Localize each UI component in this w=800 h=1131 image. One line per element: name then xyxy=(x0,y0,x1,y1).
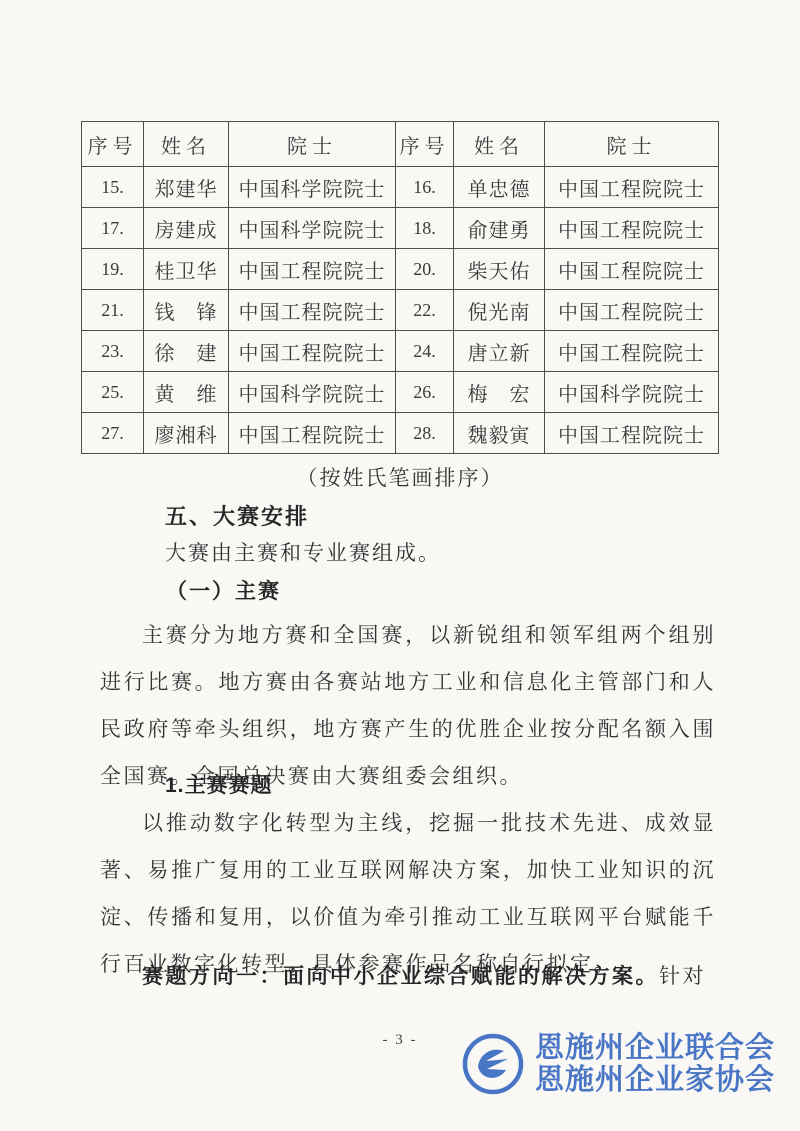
direction-one-continued: 针对 xyxy=(659,964,706,988)
section-heading-arrangement: 五、大赛安排 xyxy=(165,500,309,531)
table-cell: 中国科学院院士 xyxy=(229,208,396,249)
table-cell: 中国科学院院士 xyxy=(229,167,396,208)
table-cell: 中国工程院院士 xyxy=(229,249,396,290)
table-cell: 23. xyxy=(82,331,144,372)
column-header-serial-left: 序号 xyxy=(82,122,144,167)
watermark-line-2: 恩施州企业家协会 xyxy=(535,1064,775,1096)
table-cell: 中国工程院院士 xyxy=(545,413,719,454)
sort-note: （按姓氏笔画排序） xyxy=(0,462,800,492)
column-header-name-right: 姓名 xyxy=(454,122,545,167)
table-cell: 中国科学院院士 xyxy=(229,372,396,413)
table-cell: 中国工程院院士 xyxy=(229,290,396,331)
table-row: 27.廖湘科中国工程院院士28.魏毅寅中国工程院院士 xyxy=(82,413,719,454)
table-body: 15.郑建华中国科学院院士16.单忠德中国工程院院士17.房建成中国科学院院士1… xyxy=(82,167,719,454)
table-cell: 柴天佑 xyxy=(454,249,545,290)
table-row: 21.钱 锋中国工程院院士22.倪光南中国工程院院士 xyxy=(82,290,719,331)
table-cell: 中国工程院院士 xyxy=(229,331,396,372)
table-cell: 22. xyxy=(396,290,454,331)
direction-one-title: 赛题方向一：面向中小企业综合赋能的解决方案。 xyxy=(142,964,659,988)
table-cell: 魏毅寅 xyxy=(454,413,545,454)
table-cell: 中国工程院院士 xyxy=(545,249,719,290)
table-cell: 廖湘科 xyxy=(144,413,229,454)
table-row: 15.郑建华中国科学院院士16.单忠德中国工程院院士 xyxy=(82,167,719,208)
table-cell: 梅 宏 xyxy=(454,372,545,413)
table-cell: 20. xyxy=(396,249,454,290)
table-cell: 中国工程院院士 xyxy=(229,413,396,454)
table-row: 19.桂卫华中国工程院院士20.柴天佑中国工程院院士 xyxy=(82,249,719,290)
table-cell: 中国工程院院士 xyxy=(545,331,719,372)
watermark-line-1: 恩施州企业联合会 xyxy=(535,1032,775,1064)
academician-table: 序号 姓名 院士 序号 姓名 院士 15.郑建华中国科学院院士16.单忠德中国工… xyxy=(81,121,719,454)
table-cell: 16. xyxy=(396,167,454,208)
table-cell: 桂卫华 xyxy=(144,249,229,290)
table-header-row: 序号 姓名 院士 序号 姓名 院士 xyxy=(82,122,719,167)
table-cell: 中国工程院院士 xyxy=(545,167,719,208)
table-cell: 21. xyxy=(82,290,144,331)
table-cell: 郑建华 xyxy=(144,167,229,208)
table-cell: 19. xyxy=(82,249,144,290)
table-cell: 26. xyxy=(396,372,454,413)
table-cell: 18. xyxy=(396,208,454,249)
table-cell: 房建成 xyxy=(144,208,229,249)
paragraph-composition: 大赛由主赛和专业赛组成。 xyxy=(165,537,441,567)
table-cell: 中国工程院院士 xyxy=(545,208,719,249)
table-row: 25.黄 维中国科学院院士26.梅 宏中国科学院院士 xyxy=(82,372,719,413)
table-cell: 单忠德 xyxy=(454,167,545,208)
table-cell: 25. xyxy=(82,372,144,413)
table-cell: 唐立新 xyxy=(454,331,545,372)
table-cell: 28. xyxy=(396,413,454,454)
table-cell: 黄 维 xyxy=(144,372,229,413)
table-cell: 15. xyxy=(82,167,144,208)
section-heading-contest-topic: 1.主赛赛题 xyxy=(165,769,273,799)
table-cell: 徐 建 xyxy=(144,331,229,372)
document-page: 序号 姓名 院士 序号 姓名 院士 15.郑建华中国科学院院士16.单忠德中国工… xyxy=(0,0,800,1131)
table-row: 23.徐 建中国工程院院士24.唐立新中国工程院院士 xyxy=(82,331,719,372)
paragraph-direction-one: 赛题方向一：面向中小企业综合赋能的解决方案。针对 xyxy=(100,953,716,1000)
table-row: 17.房建成中国科学院院士18.俞建勇中国工程院院士 xyxy=(82,208,719,249)
column-header-name-left: 姓名 xyxy=(144,122,229,167)
section-heading-main-contest: （一）主赛 xyxy=(166,575,281,605)
column-header-serial-right: 序号 xyxy=(396,122,454,167)
column-header-academician-right: 院士 xyxy=(545,122,719,167)
table-cell: 27. xyxy=(82,413,144,454)
table-cell: 17. xyxy=(82,208,144,249)
table-cell: 中国科学院院士 xyxy=(545,372,719,413)
column-header-academician-left: 院士 xyxy=(229,122,396,167)
watermark: 恩施州企业联合会 恩施州企业家协会 xyxy=(461,1030,796,1102)
table-cell: 俞建勇 xyxy=(454,208,545,249)
watermark-text: 恩施州企业联合会 恩施州企业家协会 xyxy=(535,1032,775,1096)
table-cell: 中国工程院院士 xyxy=(545,290,719,331)
table-cell: 24. xyxy=(396,331,454,372)
association-logo-icon xyxy=(461,1032,525,1096)
table-cell: 钱 锋 xyxy=(144,290,229,331)
table-cell: 倪光南 xyxy=(454,290,545,331)
